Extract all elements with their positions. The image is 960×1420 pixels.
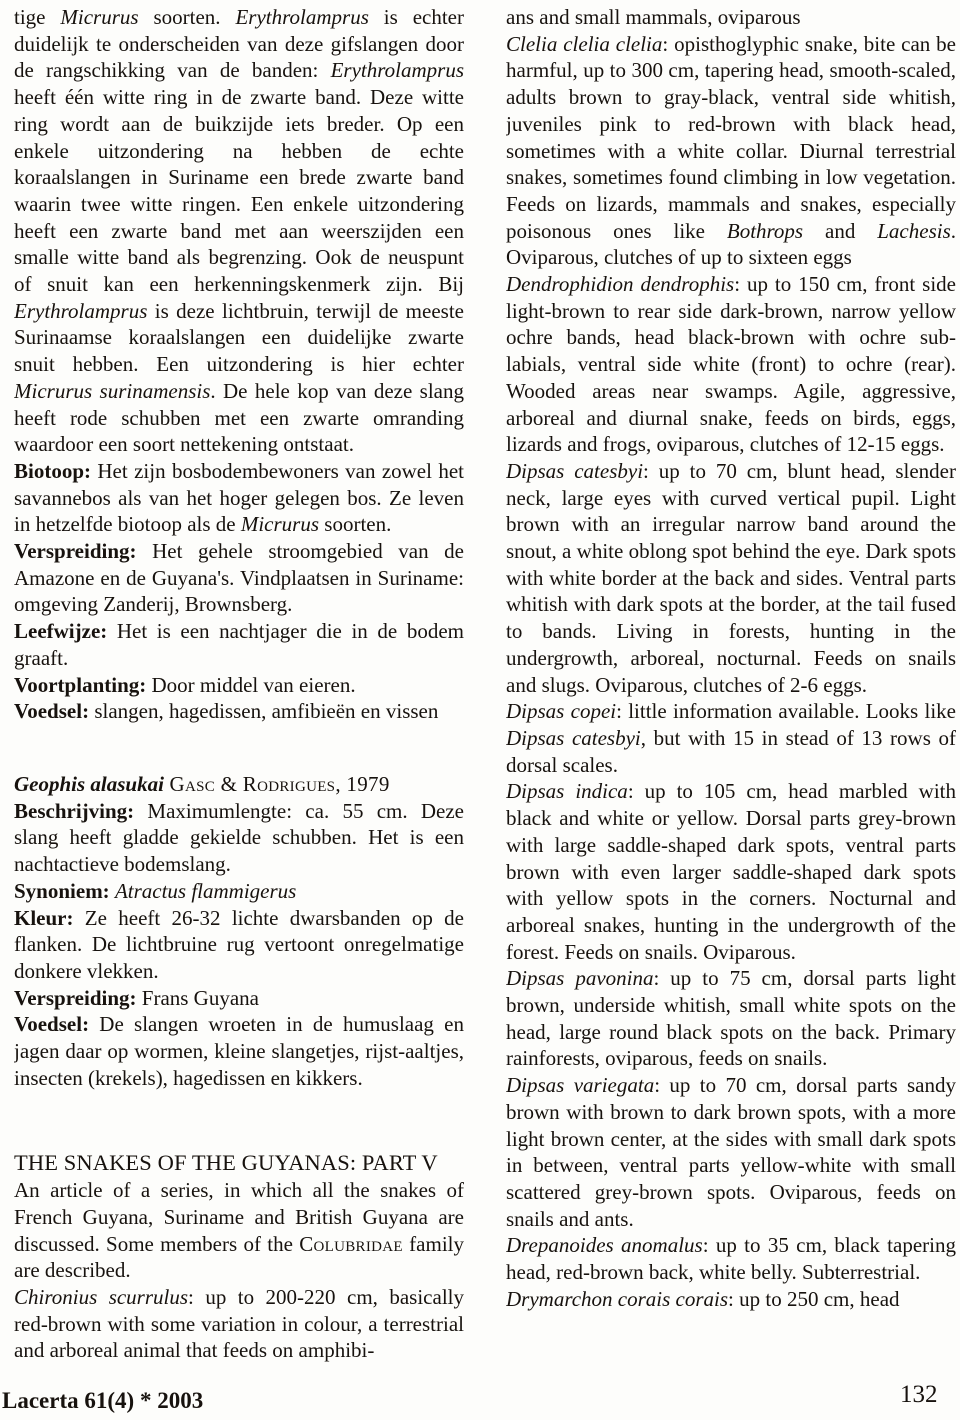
page-number: 132 <box>900 1381 938 1409</box>
paragraph: ans and small mammals, oviparous <box>506 4 956 31</box>
section-heading: THE SNAKES OF THE GUYANAS: PART V <box>14 1150 464 1177</box>
paragraph: Clelia clelia clelia: opisthoglyphic sna… <box>506 31 956 271</box>
text-segment: Micrurus <box>241 512 319 536</box>
text-segment: Micrurus <box>60 5 138 29</box>
paragraph: Dipsas catesbyi: up to 70 cm, blunt head… <box>506 458 956 698</box>
text-segment: Dipsas catesbyi <box>506 459 643 483</box>
text-segment: Micrurus surinamensis <box>14 379 210 403</box>
species-reference-heading: Geophis alasukai Gasc & Rodrigues, 1979 <box>14 771 464 798</box>
text-segment: Verspreiding: <box>14 986 137 1010</box>
text-segment: heeft één witte ring in de zwarte band. … <box>14 85 464 296</box>
paragraph: Chironius scurrulus: up to 200-220 cm, b… <box>14 1284 464 1364</box>
text-segment: Voedsel: <box>14 1012 89 1036</box>
text-segment: Door middel van eieren. <box>146 673 355 697</box>
text-segment: Colubridae <box>299 1232 403 1256</box>
text-segment: Lachesis <box>877 219 951 243</box>
text-segment: Bothrops <box>727 219 803 243</box>
paragraph: Dipsas pavonina: up to 75 cm, dorsal par… <box>506 965 956 1072</box>
paragraph: Drymarchon corais corais: up to 250 cm, … <box>506 1286 956 1313</box>
paragraph: Dipsas indica: up to 105 cm, head marble… <box>506 778 956 965</box>
text-segment: Dipsas copei <box>506 699 616 723</box>
text-segment: Voortplanting: <box>14 673 146 697</box>
text-segment: Dipsas variegata <box>506 1073 654 1097</box>
text-segment: Clelia clelia clelia <box>506 32 662 56</box>
text-segment: Voedsel: <box>14 699 89 723</box>
text-segment: : up to 70 cm, blunt head, slender neck,… <box>506 459 956 697</box>
paragraph: An article of a series, in which all the… <box>14 1177 464 1284</box>
scanned-journal-page: tige Micrurus soorten. Erythrolamprus is… <box>0 0 960 1420</box>
text-segment: Verspreiding: <box>14 539 137 563</box>
text-segment: Ze heeft 26-32 lichte dwarsbanden op de … <box>14 906 464 983</box>
paragraph: Voedsel: slangen, hagedissen, amfibieën … <box>14 698 464 725</box>
right-text-column: ans and small mammals, oviparousClelia c… <box>506 4 956 1378</box>
paragraph: Verspreiding: Frans Guyana <box>14 985 464 1012</box>
paragraph: Voedsel: De slangen wroeten in de humusl… <box>14 1011 464 1091</box>
text-segment: THE SNAKES OF THE GUYANAS: PART V <box>14 1150 438 1175</box>
text-segment: Atractus flammigerus <box>115 879 296 903</box>
text-segment: Synoniem: <box>14 879 110 903</box>
journal-reference: Lacerta 61(4) * 2003 <box>2 1388 203 1414</box>
text-segment: ans and small mammals, oviparous <box>506 5 801 29</box>
text-segment: Dipsas indica <box>506 779 628 803</box>
paragraph: Kleur: Ze heeft 26-32 lichte dwarsbanden… <box>14 905 464 985</box>
text-segment: : up to 250 cm, head <box>728 1287 899 1311</box>
paragraph: Drepanoides anomalus: up to 35 cm, black… <box>506 1232 956 1285</box>
text-segment: Kleur: <box>14 906 73 930</box>
text-segment: Drepanoides anomalus <box>506 1233 703 1257</box>
paragraph: Beschrijving: Maximumlengte: ca. 55 cm. … <box>14 798 464 878</box>
paragraph: Synoniem: Atractus flammigerus <box>14 878 464 905</box>
paragraph: Voortplanting: Door middel van eieren. <box>14 672 464 699</box>
paragraph: Dipsas variegata: up to 70 cm, dorsal pa… <box>506 1072 956 1232</box>
text-segment: Leefwijze: <box>14 619 107 643</box>
text-segment: Biotoop: <box>14 459 91 483</box>
text-segment: Dipsas catesbyi <box>506 726 641 750</box>
text-segment: : up to 150 cm, front side light-brown t… <box>506 272 956 456</box>
text-segment: Dipsas pavonina <box>506 966 653 990</box>
paragraph: Biotoop: Het zijn bosbodembewoners van z… <box>14 458 464 538</box>
text-segment: soorten. <box>319 512 391 536</box>
text-segment: : little information available. Looks li… <box>616 699 956 723</box>
text-segment: : opisthoglyphic snake, bite can be harm… <box>506 32 956 243</box>
text-segment: Chironius scurrulus <box>14 1285 188 1309</box>
text-segment: tige <box>14 5 60 29</box>
text-segment: and <box>803 219 877 243</box>
text-segment: soorten. <box>139 5 236 29</box>
text-segment: Dendrophidion dendrophis <box>506 272 734 296</box>
paragraph: Dipsas copei: little information availab… <box>506 698 956 778</box>
paragraph: Dendrophidion dendrophis: up to 150 cm, … <box>506 271 956 458</box>
text-segment: Gasc & Rodrigues, 1979 <box>164 772 390 796</box>
text-segment: Frans Guyana <box>137 986 259 1010</box>
text-segment: Drymarchon corais corais <box>506 1287 728 1311</box>
text-segment: Erythrolamprus <box>235 5 368 29</box>
text-segment: Geophis alasukai <box>14 772 164 796</box>
text-segment: Erythrolamprus <box>14 299 147 323</box>
text-segment: Erythrolamprus <box>331 58 464 82</box>
text-segment: : up to 105 cm, head marbled with black … <box>506 779 956 963</box>
left-text-column: tige Micrurus soorten. Erythrolamprus is… <box>14 4 464 1378</box>
paragraph: Leefwijze: Het is een nachtjager die in … <box>14 618 464 671</box>
text-segment: Beschrijving: <box>14 799 134 823</box>
paragraph: Verspreiding: Het gehele stroomgebied va… <box>14 538 464 618</box>
text-segment: slangen, hagedissen, amfibieën en vissen <box>89 699 438 723</box>
paragraph: tige Micrurus soorten. Erythrolamprus is… <box>14 4 464 458</box>
